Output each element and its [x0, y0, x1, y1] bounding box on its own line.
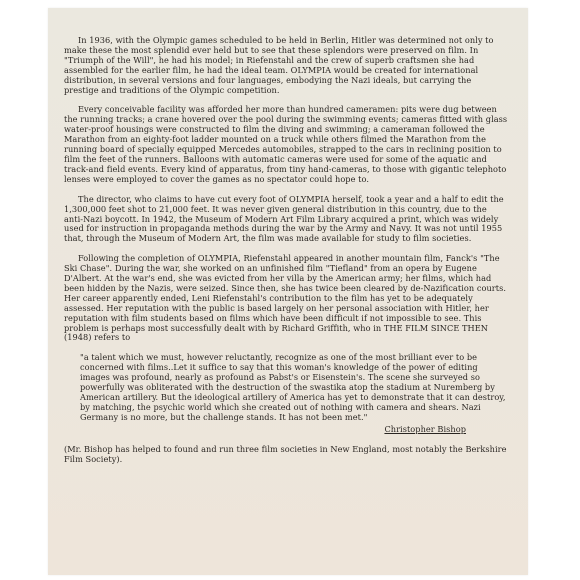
paragraph-intro: In 1936, with the Olympic games schedule… [64, 36, 508, 95]
paragraph-facilities: Every conceivable facility was afforded … [64, 105, 508, 184]
author-signature: Christopher Bishop [384, 424, 466, 434]
paragraph-aftermath: Following the completion of OLYMPIA, Rie… [64, 254, 508, 343]
document-body: In 1936, with the Olympic games schedule… [64, 36, 508, 464]
document-page: In 1936, with the Olympic games schedule… [48, 8, 528, 575]
author-footnote: (Mr. Bishop has helped to found and run … [64, 445, 508, 465]
griffith-quote: "a talent which we must, however relucta… [64, 353, 508, 422]
signature-row: Christopher Bishop [64, 425, 508, 435]
paragraph-editing: The director, who claims to have cut eve… [64, 195, 508, 245]
